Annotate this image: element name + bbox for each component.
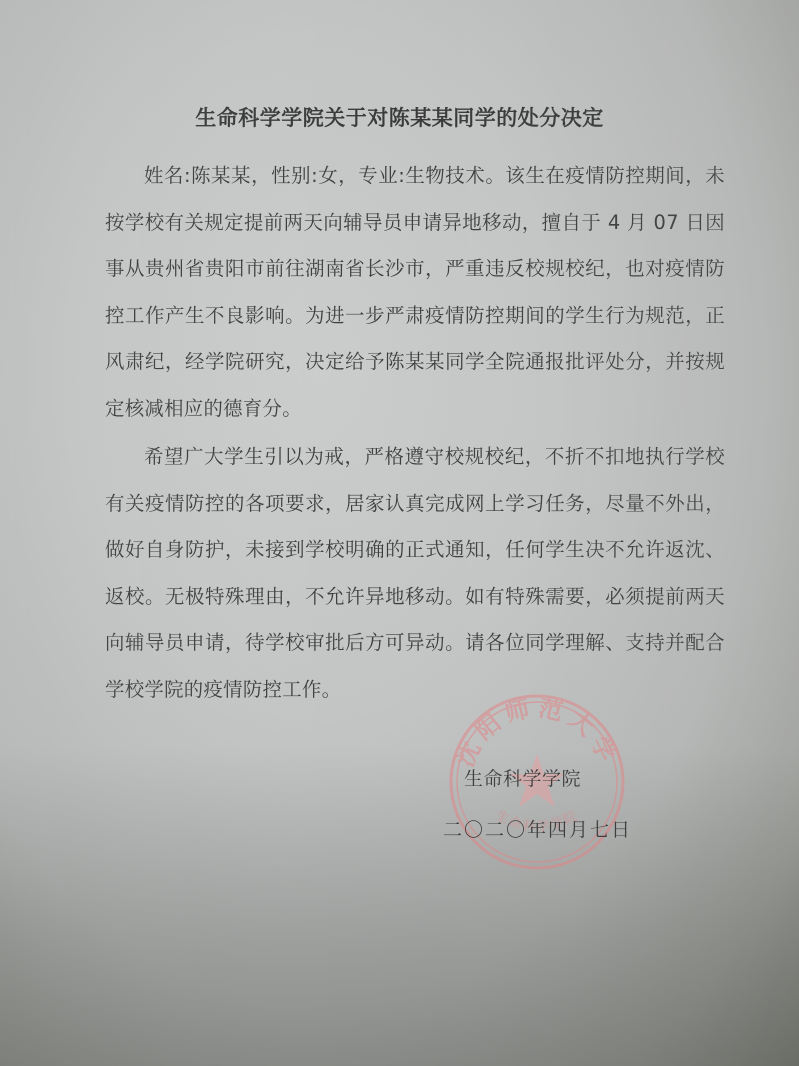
document-title: 生命科学学院关于对陈某某同学的处分决定 [0, 102, 799, 132]
paragraph-warning: 希望广大学生引以为戒，严格遵守校规校纪，不折不扣地执行学校有关疫情防控的各项要求… [105, 434, 725, 713]
document-page: 生命科学学院关于对陈某某同学的处分决定 姓名:陈某某，性别:女，专业:生物技术。… [0, 0, 799, 1066]
signature-date: 二〇二〇年四月七日 [443, 815, 632, 842]
paragraph-decision: 姓名:陈某某，性别:女，专业:生物技术。该生在疫情防控期间，未按学校有关规定提前… [105, 153, 725, 432]
signature-organization: 生命科学学院 [464, 764, 581, 791]
